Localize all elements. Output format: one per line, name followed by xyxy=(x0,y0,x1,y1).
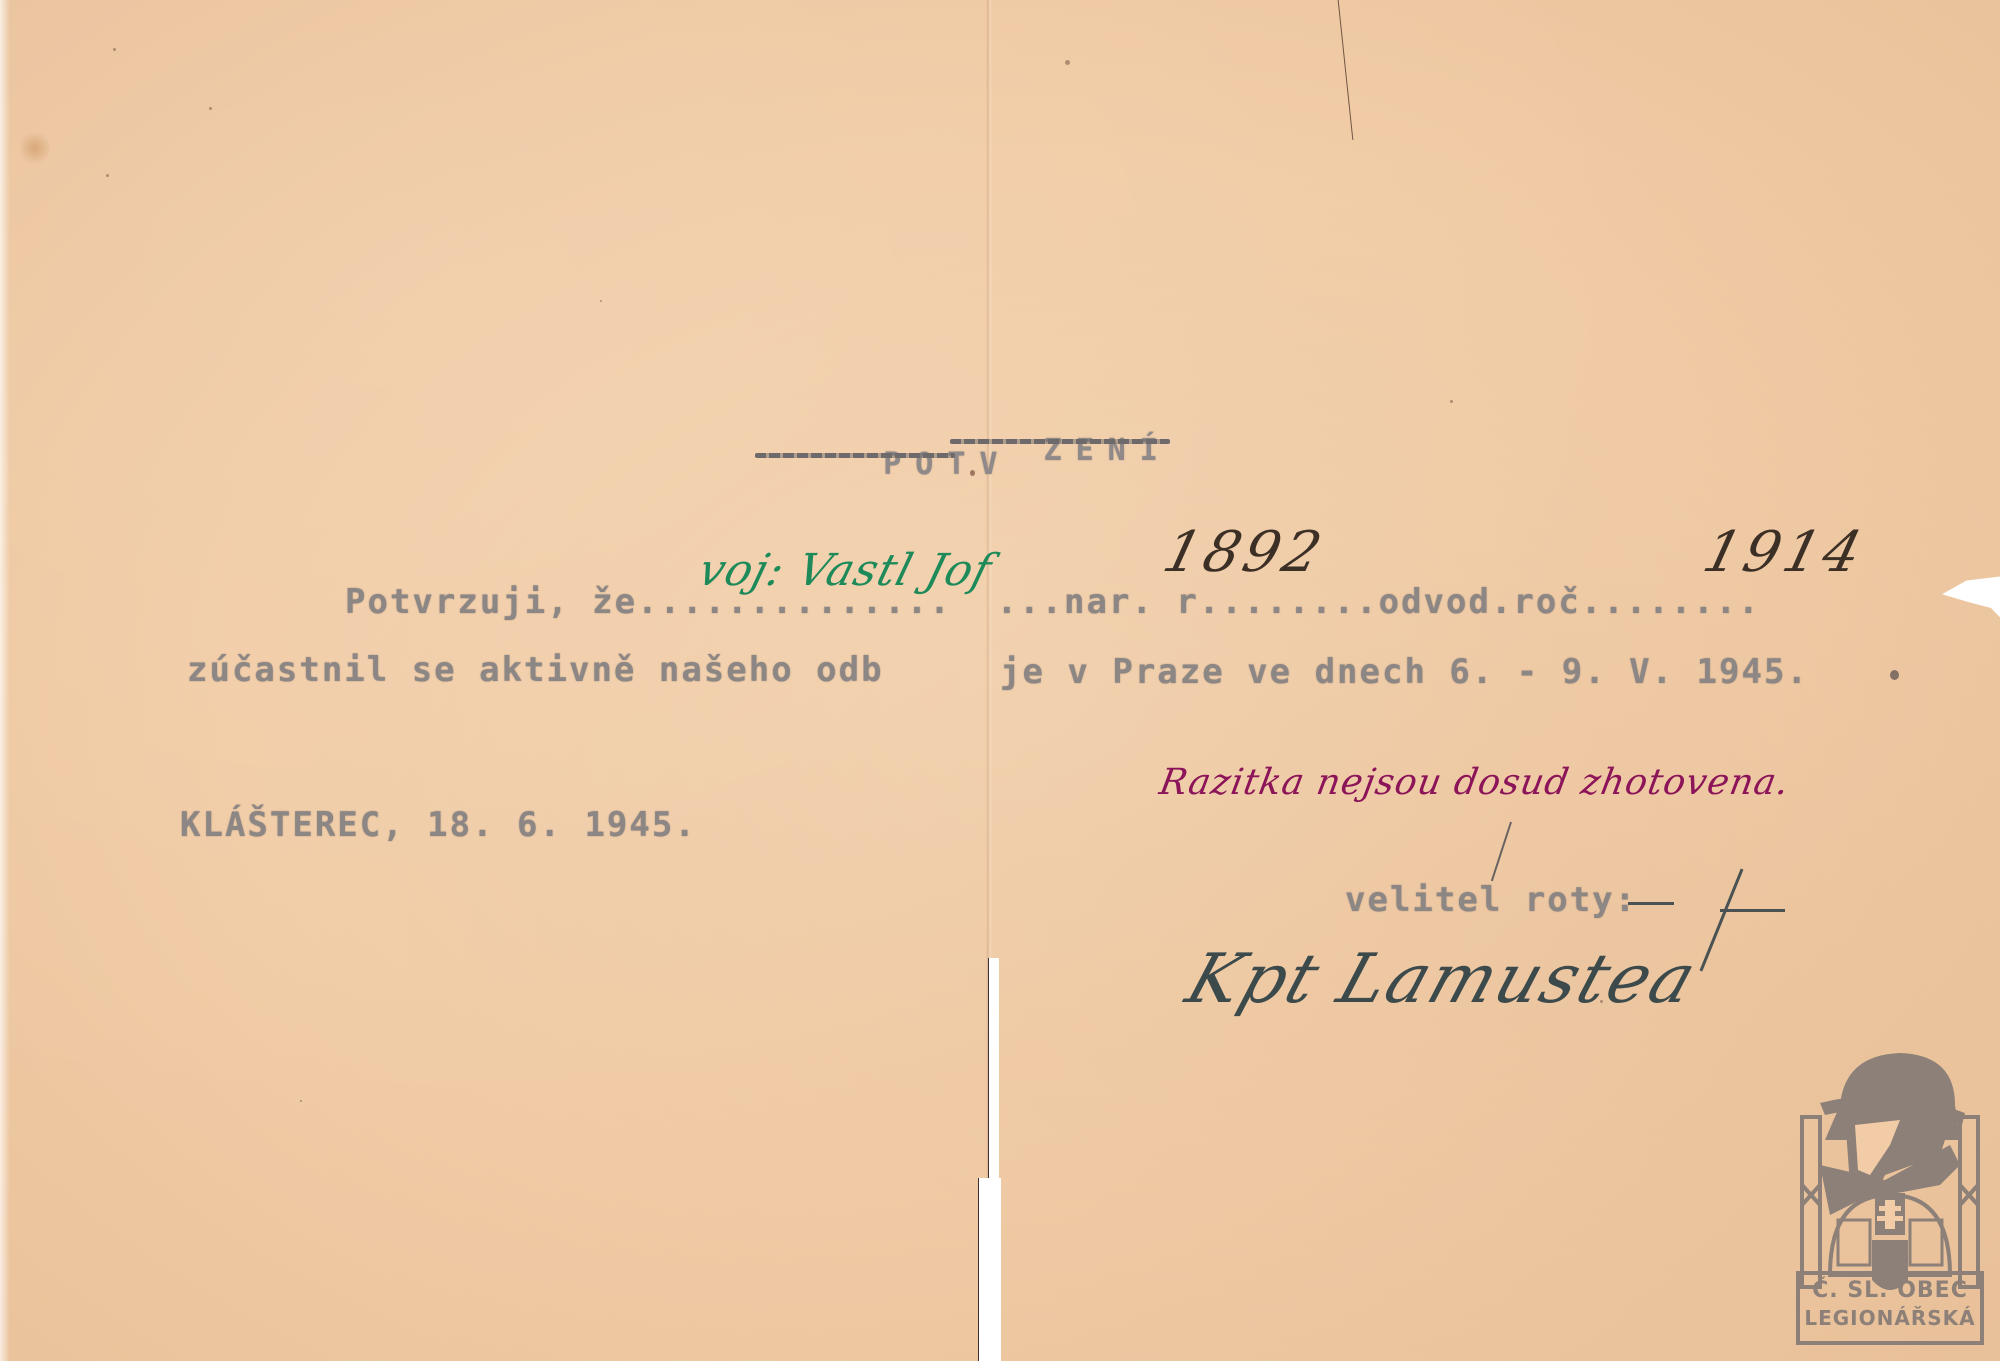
paper-speck xyxy=(1890,670,1899,680)
document-page: POTV ZENÍ Potvrzuji, že.............. ..… xyxy=(0,0,2000,1361)
paper-edge-notch xyxy=(1942,575,2000,630)
title-underline xyxy=(950,439,1170,444)
paper-tear-upper xyxy=(988,958,999,1178)
signature-dash xyxy=(1720,909,1785,912)
document-title: POTV ZENÍ xyxy=(755,412,1172,517)
place-and-date: KLÁŠTEREC, 18. 6. 1945. xyxy=(180,805,697,845)
confirmation-line-1: Potvrzuji, že.............. ...nar. r...… xyxy=(345,582,1761,622)
handwritten-name-entry: voj: Vastl Jof xyxy=(693,545,997,596)
paper-speck xyxy=(1065,60,1070,65)
legionnaire-emblem-icon xyxy=(1790,1045,1990,1350)
paper-speck xyxy=(209,107,212,110)
confirmation-line-2-right: je v Praze ve dnech 6. - 9. V. 1945. xyxy=(1000,652,1809,692)
paper-tear-lower xyxy=(978,1178,1001,1361)
paper-speck xyxy=(600,300,602,302)
title-underline xyxy=(755,453,955,458)
paper-edge xyxy=(0,0,10,1361)
paper-speck xyxy=(106,174,109,177)
handwritten-birth-year: 1892 xyxy=(1157,520,1332,585)
insertion-caret-mark xyxy=(1491,822,1512,882)
paper-crack xyxy=(1338,0,1356,140)
paper-speck xyxy=(300,1100,302,1102)
handwritten-stamp-note: Razitka nejsou dosud zhotovena. xyxy=(1156,762,1792,803)
pen-stroke xyxy=(1628,902,1674,905)
confirmation-line-2-left: zúčastnil se aktivně našeho odb xyxy=(187,650,884,690)
paper-speck xyxy=(1450,400,1453,403)
paper-stain xyxy=(20,130,50,166)
commander-signature: Kpt Lamustea xyxy=(1177,940,1707,1019)
signature-flourish xyxy=(1700,868,1744,971)
handwritten-conscription-year: 1914 xyxy=(1697,520,1872,585)
paper-speck xyxy=(113,48,116,51)
emblem-text-line-2: LEGIONÁŘSKÁ xyxy=(1800,1306,1980,1330)
emblem-text-line-1: Č. SL. OBEC xyxy=(1800,1278,1980,1303)
commander-label: velitel roty: xyxy=(1345,880,1637,920)
